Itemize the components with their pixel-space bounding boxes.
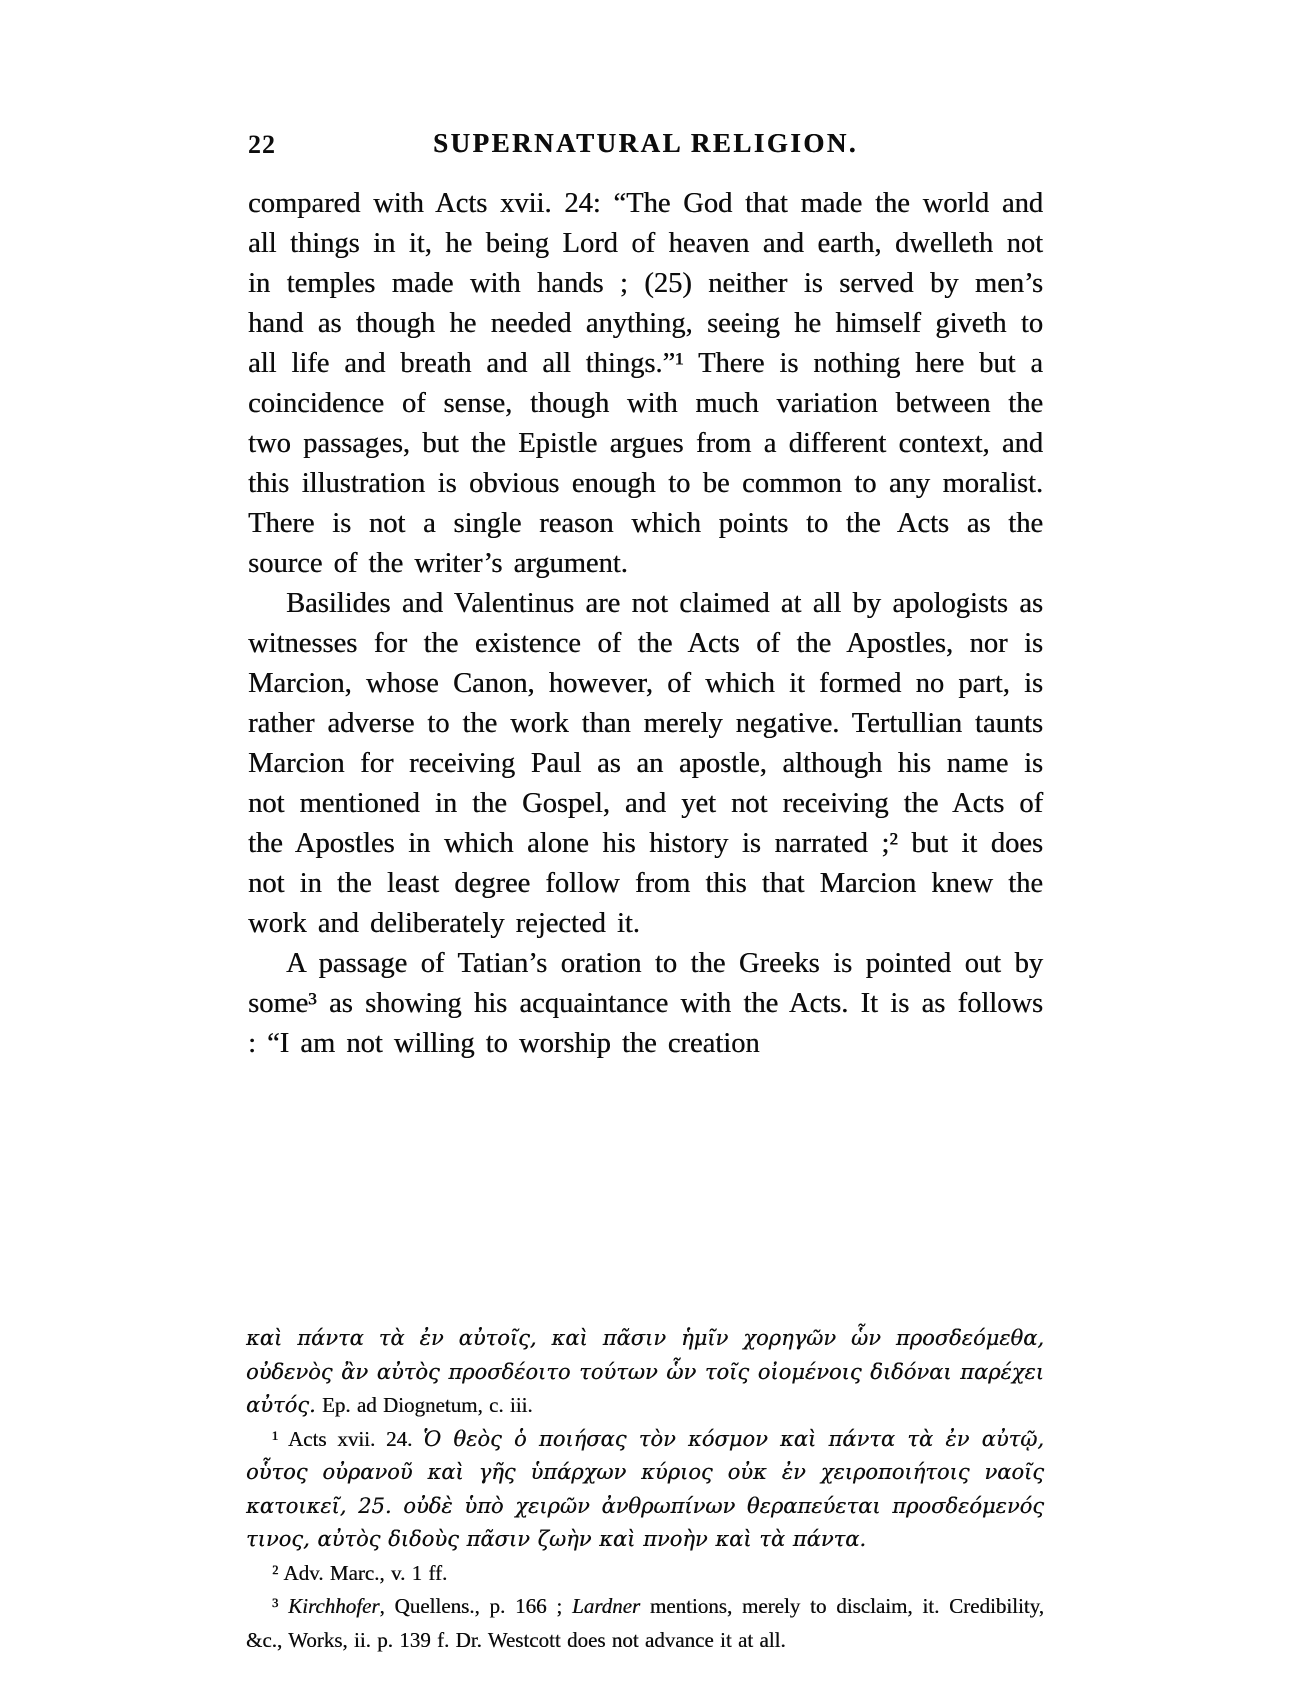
footnote-continuation-citation: Ep. ad Diognetum, c. iii.: [316, 1393, 533, 1417]
paragraph-1: compared with Acts xvii. 24: “The God th…: [248, 184, 1043, 584]
running-title: SUPERNATURAL RELIGION.: [248, 128, 1043, 159]
paragraph-3: A passage of Tatian’s oration to the Gre…: [248, 944, 1043, 1064]
footnote-3-citation: , Quellens., p. 166 ;: [380, 1594, 573, 1618]
page-header: 22 SUPERNATURAL RELIGION.: [248, 128, 1043, 164]
footnote-3: ³ Kirchhofer, Quellens., p. 166 ; Lardne…: [246, 1590, 1044, 1657]
footnote-3-author-kirchhofer: Kirchhofer: [288, 1594, 379, 1618]
footnote-2: ² Adv. Marc., v. 1 ff.: [246, 1557, 1044, 1591]
footnote-1: ¹ Acts xvii. 24. Ὁ θεὸς ὁ ποιήσας τὸν κό…: [246, 1423, 1044, 1557]
footnote-continuation: καὶ πάντα τὰ ἐν αὐτοῖς, καὶ πᾶσιν ἡμῖν χ…: [246, 1322, 1044, 1423]
body-text: compared with Acts xvii. 24: “The God th…: [248, 184, 1043, 1064]
footnotes-block: καὶ πάντα τὰ ἐν αὐτοῖς, καὶ πᾶσιν ἡμῖν χ…: [246, 1322, 1044, 1657]
footnote-3-marker: ³: [272, 1594, 288, 1618]
paragraph-2: Basilides and Valentinus are not claimed…: [248, 584, 1043, 944]
footnote-1-reference: ¹ Acts xvii. 24.: [272, 1427, 423, 1451]
footnote-3-author-lardner: Lardner: [572, 1594, 640, 1618]
book-page: 22 SUPERNATURAL RELIGION. compared with …: [0, 0, 1292, 1700]
